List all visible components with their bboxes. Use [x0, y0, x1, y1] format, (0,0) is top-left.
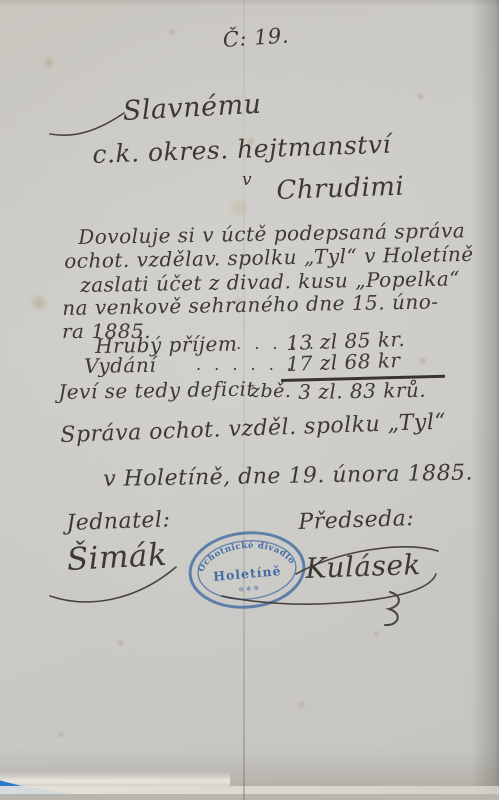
age-spot — [372, 630, 381, 637]
deficit-abbr: zbě. — [250, 380, 291, 402]
document-number: Č: 19. — [222, 23, 290, 52]
chairman-role-label: Předseda: — [298, 506, 415, 535]
salutation-line-2: c.k. okres. hejtmanství — [92, 130, 391, 169]
age-spot — [296, 700, 307, 709]
age-spot — [30, 292, 48, 314]
secretary-role-label: Jednatel: — [66, 507, 171, 536]
deficit-value: 3 zl. 83 krů. — [298, 378, 426, 404]
expense-dots: . . . . . . — [196, 355, 296, 374]
age-spot — [56, 730, 66, 739]
salutation-line-3: Chrudimi — [276, 172, 405, 206]
scan-bottom-strip — [0, 794, 499, 800]
expense-value: 17 zl 68 kr — [286, 348, 401, 376]
signature-tail-flourish — [385, 592, 399, 625]
age-spot — [168, 28, 176, 36]
age-spot — [226, 198, 252, 218]
stamp-center-text: Holetíně — [213, 563, 282, 584]
age-spot — [416, 92, 425, 101]
age-spot — [418, 356, 428, 366]
paper-edge-top — [0, 0, 499, 6]
age-spot — [116, 638, 125, 647]
secretary-signature: Šimák — [66, 537, 168, 578]
society-stamp: Ochotnické divadlo Holetíně ✻ ✻ ✻ — [183, 523, 312, 617]
chairman-signature: Kulásek — [305, 548, 421, 585]
deficit-label: Jeví se tedy deficit — [58, 377, 255, 404]
closing-line-1: Správa ochot. vzděl. spolku „Tyl“ — [60, 410, 447, 448]
stamp-ornament: ✻ ✻ ✻ — [238, 584, 260, 594]
body-line-4: na venkově sehraného dne 15. úno- — [62, 289, 439, 320]
salutation-line-3-prefix: v — [242, 170, 252, 190]
paper-scuff — [0, 772, 230, 787]
salutation-line-1: Slavnému — [122, 89, 262, 127]
salutation-flourish — [50, 113, 124, 135]
scanned-document-page: Č: 19. Slavnému c.k. okres. hejtmanství … — [0, 0, 499, 800]
age-spot — [42, 56, 56, 70]
closing-line-2: v Holetíně, dne 19. února 1885. — [103, 461, 473, 492]
expense-label: Vydání — [84, 353, 156, 378]
paper-edge-right — [471, 0, 499, 800]
